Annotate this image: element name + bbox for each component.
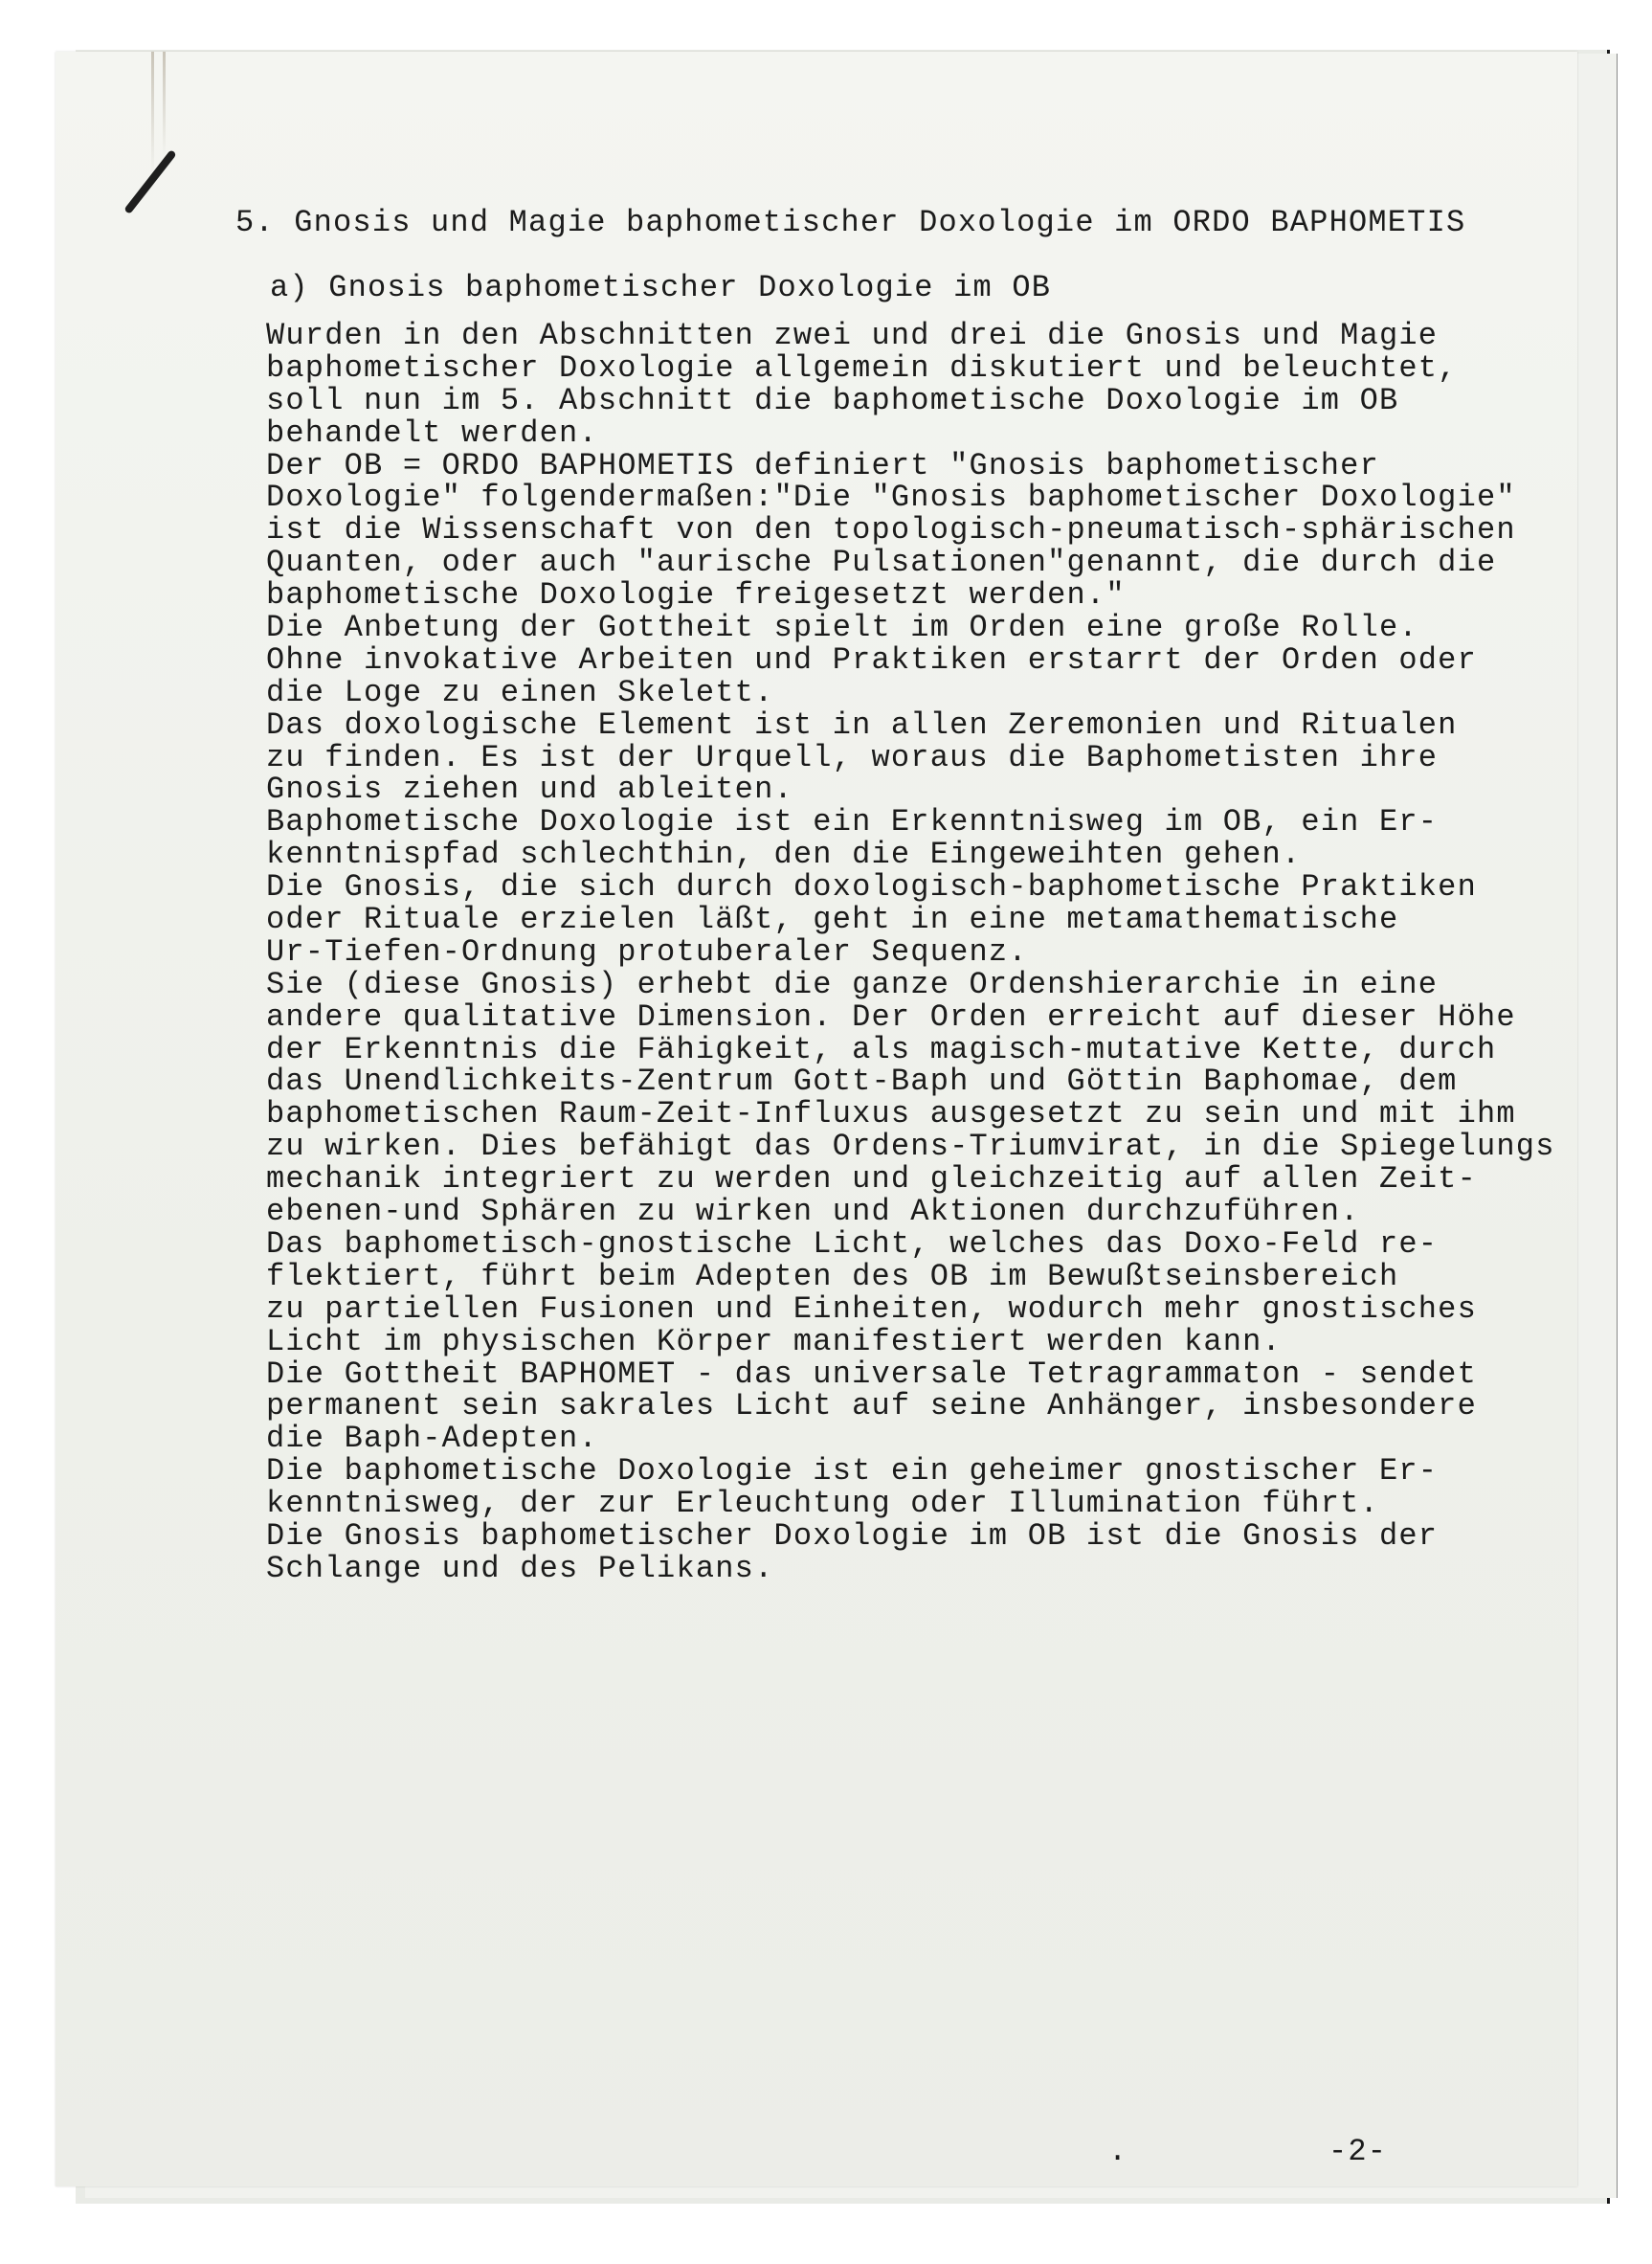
text-line: behandelt werden. bbox=[266, 417, 1555, 450]
text-line: Gnosis ziehen und ableiten. bbox=[266, 773, 1555, 806]
text-line: kenntnisweg, der zur Erleuchtung oder Il… bbox=[266, 1488, 1555, 1520]
text-line: Die baphometische Doxologie ist ein gehe… bbox=[266, 1455, 1555, 1488]
text-line: zu partiellen Fusionen und Einheiten, wo… bbox=[266, 1293, 1555, 1326]
text-line: das Unendlichkeits-Zentrum Gott-Baph und… bbox=[266, 1065, 1555, 1098]
text-line: ebenen-und Sphären zu wirken und Aktione… bbox=[266, 1196, 1555, 1228]
text-line: baphometischen Raum-Zeit-Influxus ausges… bbox=[266, 1098, 1555, 1131]
text-line: Licht im physischen Körper manifestiert … bbox=[266, 1326, 1555, 1358]
text-line: Wurden in den Abschnitten zwei und drei … bbox=[266, 320, 1555, 352]
text-line: Doxologie" folgendermaßen:"Die "Gnosis b… bbox=[266, 482, 1555, 514]
body-text: Wurden in den Abschnitten zwei und drei … bbox=[266, 320, 1555, 1585]
text-line: Die Gnosis, die sich durch doxologisch-b… bbox=[266, 871, 1555, 904]
text-line: oder Rituale erzielen läßt, geht in eine… bbox=[266, 904, 1555, 936]
text-line: Ohne invokative Arbeiten und Praktiken e… bbox=[266, 644, 1555, 677]
text-line: kenntnispfad schlechthin, den die Eingew… bbox=[266, 839, 1555, 871]
text-line: die Loge zu einen Skelett. bbox=[266, 677, 1555, 709]
text-line: Der OB = ORDO BAPHOMETIS definiert "Gnos… bbox=[266, 450, 1555, 482]
text-line: Quanten, oder auch "aurische Pulsationen… bbox=[266, 547, 1555, 579]
text-line: Das doxologische Element ist in allen Ze… bbox=[266, 709, 1555, 742]
text-line: zu finden. Es ist der Urquell, woraus di… bbox=[266, 742, 1555, 774]
text-line: ist die Wissenschaft von den topologisch… bbox=[266, 514, 1555, 547]
paper-stack: 5. Gnosis und Magie baphometischer Doxol… bbox=[38, 29, 1627, 2202]
text-line: flektiert, führt beim Adepten des OB im … bbox=[266, 1261, 1555, 1293]
text-line: Schlange und des Pelikans. bbox=[266, 1553, 1555, 1585]
typewritten-page: 5. Gnosis und Magie baphometischer Doxol… bbox=[56, 52, 1577, 2186]
text-line: baphometischer Doxologie allgemein disku… bbox=[266, 352, 1555, 385]
text-line: andere qualitative Dimension. Der Orden … bbox=[266, 1001, 1555, 1034]
text-line: die Baph-Adepten. bbox=[266, 1423, 1555, 1455]
subsection-heading: a) Gnosis baphometischer Doxologie im OB bbox=[270, 270, 1051, 305]
section-heading: 5. Gnosis und Magie baphometischer Doxol… bbox=[235, 205, 1465, 240]
stray-mark: . bbox=[1108, 2134, 1127, 2169]
text-line: Baphometische Doxologie ist ein Erkenntn… bbox=[266, 806, 1555, 839]
text-line: der Erkenntnis die Fähigkeit, als magisc… bbox=[266, 1034, 1555, 1066]
text-line: Die Anbetung der Gottheit spielt im Orde… bbox=[266, 612, 1555, 644]
text-line: Das baphometisch-gnostische Licht, welch… bbox=[266, 1228, 1555, 1261]
text-line: baphometische Doxologie freigesetzt werd… bbox=[266, 579, 1555, 612]
text-line: Die Gnosis baphometischer Doxologie im O… bbox=[266, 1520, 1555, 1553]
text-line: mechanik integriert zu werden und gleich… bbox=[266, 1163, 1555, 1196]
text-line: zu wirken. Dies befähigt das Ordens-Triu… bbox=[266, 1131, 1555, 1163]
text-line: soll nun im 5. Abschnitt die baphometisc… bbox=[266, 385, 1555, 417]
text-line: Die Gottheit BAPHOMET - das universale T… bbox=[266, 1358, 1555, 1391]
page-number: -2- bbox=[1328, 2134, 1387, 2169]
text-line: permanent sein sakrales Licht auf seine … bbox=[266, 1390, 1555, 1423]
page-content: 5. Gnosis und Magie baphometischer Doxol… bbox=[56, 52, 1577, 2186]
text-line: Sie (diese Gnosis) erhebt die ganze Orde… bbox=[266, 969, 1555, 1001]
text-line: Ur-Tiefen-Ordnung protuberaler Sequenz. bbox=[266, 936, 1555, 969]
